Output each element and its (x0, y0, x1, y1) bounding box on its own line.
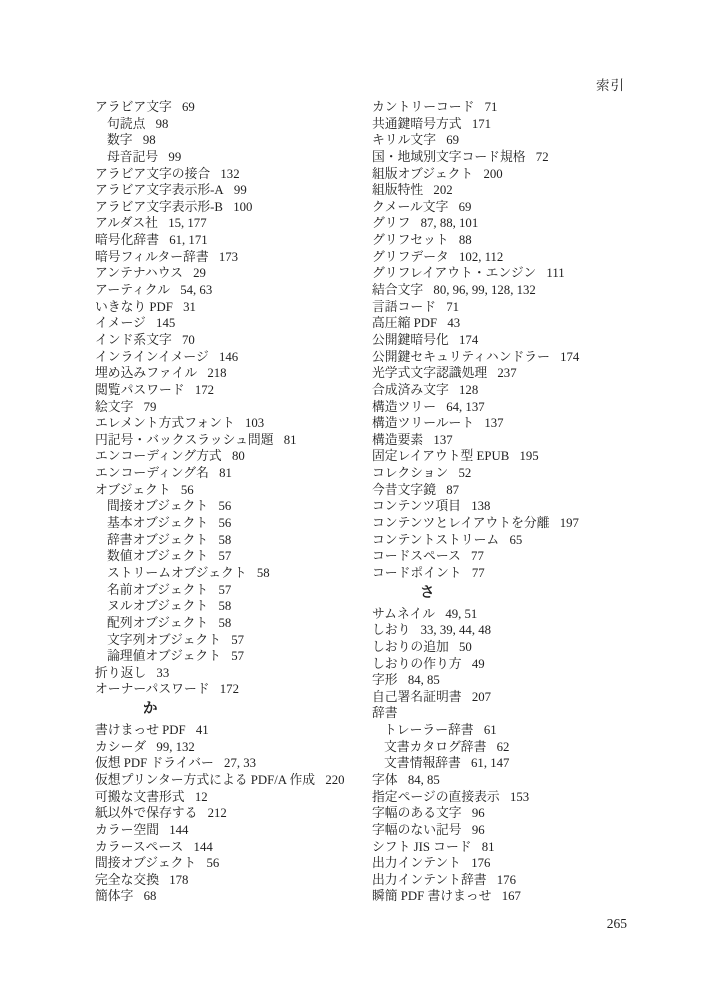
entry-pages: 56 (206, 856, 219, 870)
entry-term: キリル文字 (372, 133, 436, 147)
entry-term: 間接オブジェクト (95, 856, 196, 870)
entry-pages: 137 (433, 433, 452, 447)
entry-term: 組版特性 (372, 183, 423, 197)
entry-term: アラビア文字表示形-A (95, 183, 224, 197)
entry-pages: 98 (143, 133, 156, 147)
entry-pages: 31 (183, 300, 196, 314)
entry-pages: 167 (502, 889, 521, 903)
section-heading: さ (372, 582, 647, 606)
index-entry: 固定レイアウト型 EPUB195 (372, 448, 647, 465)
entry-term: 簡体字 (95, 889, 133, 903)
index-entry: 母音記号99 (95, 149, 370, 166)
index-entry: 字形84, 85 (372, 672, 647, 689)
entry-term: 暗号化辞書 (95, 233, 159, 247)
index-entry: アラビア文字69 (95, 99, 370, 116)
index-entry: いきなり PDF31 (95, 299, 370, 316)
running-head: 索引 (596, 74, 625, 94)
entry-term: インド系文字 (95, 333, 172, 347)
entry-pages: 176 (471, 856, 490, 870)
index-entry: 組版オブジェクト200 (372, 166, 647, 183)
entry-pages: 202 (433, 183, 452, 197)
entry-term: アーティクル (95, 283, 170, 297)
entry-term: エンコーディング方式 (95, 449, 222, 463)
index-entry: 配列オブジェクト58 (95, 615, 370, 632)
entry-pages: 61 (484, 723, 497, 737)
entry-pages: 171 (472, 117, 491, 131)
entry-term: コレクション (372, 466, 448, 480)
entry-term: 間接オブジェクト (107, 499, 208, 513)
entry-term: 字幅のない記号 (372, 823, 462, 837)
index-entry: インド系文字70 (95, 332, 370, 349)
index-entry: しおり33, 39, 44, 48 (372, 622, 647, 639)
index-entry: 共通鍵暗号方式171 (372, 116, 647, 133)
entry-pages: 172 (220, 682, 239, 696)
index-entry: 出力インテント176 (372, 855, 647, 872)
index-column: カントリーコード71共通鍵暗号方式171キリル文字69国・地域別文字コード規格7… (372, 99, 647, 905)
entry-pages: 58 (218, 616, 231, 630)
entry-term: カシーダ (95, 740, 146, 754)
entry-term: 指定ページの直接表示 (372, 790, 500, 804)
entry-term: 出力インテント辞書 (372, 873, 487, 887)
index-entry: 文書情報辞書61, 147 (372, 755, 647, 772)
entry-pages: 145 (156, 316, 175, 330)
index-entry: 埋め込みファイル218 (95, 365, 370, 382)
entry-pages: 99 (234, 183, 247, 197)
index-entry: トレーラー辞書61 (372, 722, 647, 739)
entry-pages: 84, 85 (408, 673, 440, 687)
index-entry: ヌルオブジェクト58 (95, 598, 370, 615)
entry-term: ヌルオブジェクト (107, 599, 208, 613)
entry-term: 公開鍵セキュリティハンドラー (372, 350, 550, 364)
index-entry: 高圧縮 PDF43 (372, 315, 647, 332)
index-entry: 閲覧パスワード172 (95, 382, 370, 399)
entry-term: 暗号フィルター辞書 (95, 250, 209, 264)
entry-term: トレーラー辞書 (384, 723, 474, 737)
index-entry: 構造要素137 (372, 432, 647, 449)
index-entry: オーナーパスワード172 (95, 681, 370, 698)
entry-pages: 41 (196, 723, 209, 737)
entry-term: 仮想 PDF ドライバー (95, 756, 214, 770)
entry-term: 国・地域別文字コード規格 (372, 150, 526, 164)
entry-pages: 153 (510, 790, 529, 804)
entry-pages: 49, 51 (445, 607, 477, 621)
entry-term: 辞書オブジェクト (107, 533, 208, 547)
entry-term: 自己署名証明書 (372, 690, 462, 704)
entry-term: アラビア文字表示形-B (95, 200, 223, 214)
entry-pages: 79 (144, 400, 157, 414)
entry-pages: 174 (560, 350, 579, 364)
index-entry: 辞書オブジェクト58 (95, 532, 370, 549)
entry-pages: 144 (169, 823, 188, 837)
entry-pages: 56 (218, 516, 231, 530)
index-entry: エンコーディング名81 (95, 465, 370, 482)
entry-term: 数値オブジェクト (107, 549, 208, 563)
index-entry: 光学式文字認識処理237 (372, 365, 647, 382)
entry-pages: 99 (168, 150, 181, 164)
entry-term: ストリームオブジェクト (107, 566, 247, 580)
entry-pages: 15, 177 (168, 216, 206, 230)
entry-pages: 137 (484, 416, 503, 430)
entry-term: 今昔文字鏡 (372, 483, 436, 497)
index-entry: キリル文字69 (372, 132, 647, 149)
entry-pages: 88 (459, 233, 472, 247)
entry-term: しおりの追加 (372, 640, 449, 654)
entry-pages: 81 (482, 840, 495, 854)
entry-pages: 87, 88, 101 (421, 216, 479, 230)
entry-term: カラー空間 (95, 823, 159, 837)
entry-pages: 50 (459, 640, 472, 654)
entry-term: しおり (372, 623, 410, 637)
entry-term: 埋め込みファイル (95, 366, 197, 380)
entry-pages: 197 (560, 516, 579, 530)
entry-term: 公開鍵暗号化 (372, 333, 449, 347)
entry-term: サムネイル (372, 607, 435, 621)
entry-pages: 71 (446, 300, 459, 314)
index-entry: 辞書 (372, 705, 647, 722)
entry-term: 字幅のある文字 (372, 806, 462, 820)
entry-term: 構造ツリー (372, 400, 436, 414)
entry-pages: 56 (181, 483, 194, 497)
index-entry: 国・地域別文字コード規格72 (372, 149, 647, 166)
entry-term: 仮想プリンター方式による PDF/A 作成 (95, 773, 315, 787)
entry-pages: 81 (219, 466, 232, 480)
index-entry: 構造ツリールート137 (372, 415, 647, 432)
entry-term: 共通鍵暗号方式 (372, 117, 462, 131)
index-entry: 暗号化辞書61, 171 (95, 232, 370, 249)
entry-term: いきなり PDF (95, 300, 173, 314)
entry-pages: 99, 132 (156, 740, 194, 754)
entry-term: グリフデータ (372, 250, 449, 264)
entry-pages: 174 (459, 333, 478, 347)
index-entry: 公開鍵暗号化174 (372, 332, 647, 349)
index-entry: 句読点98 (95, 116, 370, 133)
index-entry: 出力インテント辞書176 (372, 872, 647, 889)
index-entry: 書けまっせ PDF41 (95, 722, 370, 739)
index-entry: 可搬な文書形式12 (95, 789, 370, 806)
entry-term: 文書情報辞書 (384, 756, 461, 770)
index-entry: アルダス社15, 177 (95, 215, 370, 232)
entry-pages: 64, 137 (446, 400, 484, 414)
index-entry: 合成済み文字128 (372, 382, 647, 399)
entry-term: オブジェクト (95, 483, 171, 497)
entry-pages: 57 (218, 549, 231, 563)
index-entry: 暗号フィルター辞書173 (95, 249, 370, 266)
index-entry: アラビア文字表示形-B100 (95, 199, 370, 216)
entry-term: 合成済み文字 (372, 383, 449, 397)
entry-term: 数字 (107, 133, 133, 147)
index-entry: グリフデータ102, 112 (372, 249, 647, 266)
index-entry: 今昔文字鏡87 (372, 482, 647, 499)
entry-pages: 57 (218, 583, 231, 597)
entry-pages: 173 (219, 250, 238, 264)
index-entry: 数字98 (95, 132, 370, 149)
entry-term: コンテントストリーム (372, 533, 499, 547)
entry-term: 言語コード (372, 300, 436, 314)
entry-term: 出力インテント (372, 856, 461, 870)
entry-pages: 96 (472, 823, 485, 837)
entry-pages: 70 (182, 333, 195, 347)
index-entry: オブジェクト56 (95, 482, 370, 499)
entry-term: 絵文字 (95, 400, 133, 414)
entry-pages: 49 (472, 657, 485, 671)
entry-term: コンテンツとレイアウトを分離 (372, 516, 550, 530)
index-entry: アーティクル54, 63 (95, 282, 370, 299)
entry-pages: 178 (169, 873, 188, 887)
index-entry: 言語コード71 (372, 299, 647, 316)
entry-term: イメージ (95, 316, 146, 330)
index-entry: 間接オブジェクト56 (95, 855, 370, 872)
entry-term: エンコーディング名 (95, 466, 209, 480)
entry-pages: 61, 147 (471, 756, 509, 770)
entry-term: 句読点 (107, 117, 145, 131)
index-entry: 完全な交換178 (95, 872, 370, 889)
entry-pages: 58 (257, 566, 270, 580)
entry-pages: 56 (218, 499, 231, 513)
entry-term: 高圧縮 PDF (372, 316, 437, 330)
index-entry: コンテンツ項目138 (372, 498, 647, 515)
index-entry: 仮想 PDF ドライバー27, 33 (95, 755, 370, 772)
entry-pages: 72 (536, 150, 549, 164)
entry-term: 基本オブジェクト (107, 516, 208, 530)
index-entry: 仮想プリンター方式による PDF/A 作成220 (95, 772, 370, 789)
index-entry: 紙以外で保存する212 (95, 805, 370, 822)
entry-term: 字体 (372, 773, 398, 787)
entry-term: 母音記号 (107, 150, 158, 164)
index-entry: カラー空間144 (95, 822, 370, 839)
entry-pages: 57 (231, 649, 244, 663)
index-page: 索引 アラビア文字69句読点98数字98母音記号99アラビア文字の接合132アラ… (0, 0, 716, 1005)
index-entry: カントリーコード71 (372, 99, 647, 116)
index-entry: カラースペース144 (95, 839, 370, 856)
entry-term: 可搬な文書形式 (95, 790, 185, 804)
entry-term: カラースペース (95, 840, 183, 854)
entry-pages: 195 (520, 449, 539, 463)
entry-term: インラインイメージ (95, 350, 209, 364)
index-entry: 文字列オブジェクト57 (95, 632, 370, 649)
entry-pages: 128 (459, 383, 478, 397)
entry-pages: 132 (220, 167, 239, 181)
index-entry: 絵文字79 (95, 399, 370, 416)
entry-term: 書けまっせ PDF (95, 723, 186, 737)
entry-term: コードスペース (372, 549, 461, 563)
entry-term: 折り返し (95, 666, 146, 680)
entry-pages: 207 (472, 690, 491, 704)
index-entry: イメージ145 (95, 315, 370, 332)
entry-pages: 58 (218, 533, 231, 547)
index-entry: カシーダ99, 132 (95, 739, 370, 756)
entry-pages: 57 (231, 633, 244, 647)
entry-term: 組版オブジェクト (372, 167, 473, 181)
entry-term: 名前オブジェクト (107, 583, 208, 597)
entry-term: 瞬簡 PDF 書けまっせ (372, 889, 491, 903)
entry-pages: 43 (447, 316, 460, 330)
entry-pages: 61, 171 (169, 233, 207, 247)
entry-term: 構造要素 (372, 433, 423, 447)
index-entry: コンテンツとレイアウトを分離197 (372, 515, 647, 532)
index-entry: アンテナハウス29 (95, 265, 370, 282)
entry-pages: 146 (219, 350, 238, 364)
entry-pages: 96 (472, 806, 485, 820)
section-heading: か (95, 698, 370, 722)
entry-pages: 200 (483, 167, 502, 181)
entry-pages: 62 (497, 740, 510, 754)
index-entry: 間接オブジェクト56 (95, 498, 370, 515)
entry-term: 閲覧パスワード (95, 383, 185, 397)
index-entry: 折り返し33 (95, 665, 370, 682)
entry-term: 字形 (372, 673, 398, 687)
index-entry: アラビア文字表示形-A99 (95, 182, 370, 199)
entry-pages: 103 (245, 416, 264, 430)
entry-pages: 69 (446, 133, 459, 147)
index-entry: 自己署名証明書207 (372, 689, 647, 706)
entry-term: 配列オブジェクト (107, 616, 208, 630)
index-entry: アラビア文字の接合132 (95, 166, 370, 183)
entry-pages: 87 (446, 483, 459, 497)
entry-pages: 33, 39, 44, 48 (421, 623, 491, 637)
index-entry: 文書カタログ辞書62 (372, 739, 647, 756)
index-entry: コードスペース77 (372, 548, 647, 565)
index-column: アラビア文字69句読点98数字98母音記号99アラビア文字の接合132アラビア文… (95, 99, 370, 905)
entry-term: 光学式文字認識処理 (372, 366, 487, 380)
index-entry: 名前オブジェクト57 (95, 582, 370, 599)
entry-pages: 172 (195, 383, 214, 397)
entry-term: アルダス社 (95, 216, 158, 230)
entry-pages: 77 (471, 549, 484, 563)
index-entry: しおりの作り方49 (372, 656, 647, 673)
entry-term: エレメント方式フォント (95, 416, 235, 430)
entry-pages: 98 (156, 117, 169, 131)
index-entry: グリフレイアウト・エンジン111 (372, 265, 647, 282)
entry-term: カントリーコード (372, 100, 474, 114)
entry-term: オーナーパスワード (95, 682, 210, 696)
entry-term: 円記号・バックスラッシュ問題 (95, 433, 274, 447)
entry-pages: 212 (208, 806, 227, 820)
entry-pages: 58 (218, 599, 231, 613)
entry-pages: 12 (195, 790, 208, 804)
entry-pages: 102, 112 (459, 250, 503, 264)
entry-pages: 69 (459, 200, 472, 214)
entry-term: 固定レイアウト型 EPUB (372, 449, 509, 463)
index-entry: 構造ツリー64, 137 (372, 399, 647, 416)
entry-term: アラビア文字 (95, 100, 172, 114)
index-entry: コレクション52 (372, 465, 647, 482)
index-entry: 簡体字68 (95, 888, 370, 905)
entry-pages: 81 (284, 433, 297, 447)
entry-pages: 80 (232, 449, 245, 463)
entry-term: グリフセット (372, 233, 449, 247)
entry-term: グリフレイアウト・エンジン (372, 266, 536, 280)
index-entry: しおりの追加50 (372, 639, 647, 656)
index-entry: 数値オブジェクト57 (95, 548, 370, 565)
entry-pages: 68 (144, 889, 157, 903)
index-entry: インラインイメージ146 (95, 349, 370, 366)
entry-pages: 54, 63 (180, 283, 212, 297)
index-entry: クメール文字69 (372, 199, 647, 216)
entry-term: アンテナハウス (95, 266, 183, 280)
entry-term: 文書カタログ辞書 (384, 740, 486, 754)
entry-pages: 111 (546, 266, 564, 280)
entry-pages: 80, 96, 99, 128, 132 (433, 283, 535, 297)
index-entry: 公開鍵セキュリティハンドラー174 (372, 349, 647, 366)
entry-pages: 218 (207, 366, 226, 380)
entry-term: シフト JIS コード (372, 840, 472, 854)
entry-term: グリフ (372, 216, 410, 230)
index-entry: 組版特性202 (372, 182, 647, 199)
entry-pages: 176 (497, 873, 516, 887)
entry-pages: 52 (459, 466, 472, 480)
index-entry: エンコーディング方式80 (95, 448, 370, 465)
entry-pages: 77 (472, 566, 485, 580)
index-entry: グリフセット88 (372, 232, 647, 249)
entry-pages: 144 (194, 840, 213, 854)
entry-term: アラビア文字の接合 (95, 167, 210, 181)
entry-pages: 71 (485, 100, 498, 114)
index-entry: コンテントストリーム65 (372, 532, 647, 549)
entry-term: コンテンツ項目 (372, 499, 461, 513)
entry-term: 文字列オブジェクト (107, 633, 221, 647)
entry-term: 構造ツリールート (372, 416, 474, 430)
entry-term: 辞書 (372, 706, 398, 720)
entry-term: 論理値オブジェクト (107, 649, 221, 663)
entry-term: クメール文字 (372, 200, 448, 214)
entry-pages: 100 (233, 200, 252, 214)
index-entry: 論理値オブジェクト57 (95, 648, 370, 665)
index-entry: エレメント方式フォント103 (95, 415, 370, 432)
entry-term: しおりの作り方 (372, 657, 462, 671)
index-entry: 指定ページの直接表示153 (372, 789, 647, 806)
entry-pages: 138 (471, 499, 490, 513)
entry-pages: 237 (497, 366, 516, 380)
entry-pages: 69 (182, 100, 195, 114)
page-number: 265 (607, 916, 627, 932)
entry-pages: 33 (156, 666, 169, 680)
index-entry: 瞬簡 PDF 書けまっせ167 (372, 888, 647, 905)
entry-term: 結合文字 (372, 283, 423, 297)
index-entry: 結合文字80, 96, 99, 128, 132 (372, 282, 647, 299)
entry-pages: 27, 33 (224, 756, 256, 770)
index-entry: コードポイント77 (372, 565, 647, 582)
index-entry: 字幅のある文字96 (372, 805, 647, 822)
index-entry: 基本オブジェクト56 (95, 515, 370, 532)
index-entry: シフト JIS コード81 (372, 839, 647, 856)
entry-term: 完全な交換 (95, 873, 159, 887)
entry-term: コードポイント (372, 566, 462, 580)
index-entry: グリフ87, 88, 101 (372, 215, 647, 232)
entry-pages: 65 (509, 533, 522, 547)
entry-term: 紙以外で保存する (95, 806, 197, 820)
index-entry: 字幅のない記号96 (372, 822, 647, 839)
index-entry: 字体84, 85 (372, 772, 647, 789)
index-entry: 円記号・バックスラッシュ問題81 (95, 432, 370, 449)
entry-pages: 29 (193, 266, 206, 280)
index-entry: サムネイル49, 51 (372, 606, 647, 623)
index-entry: ストリームオブジェクト58 (95, 565, 370, 582)
entry-pages: 220 (325, 773, 344, 787)
entry-pages: 84, 85 (408, 773, 440, 787)
